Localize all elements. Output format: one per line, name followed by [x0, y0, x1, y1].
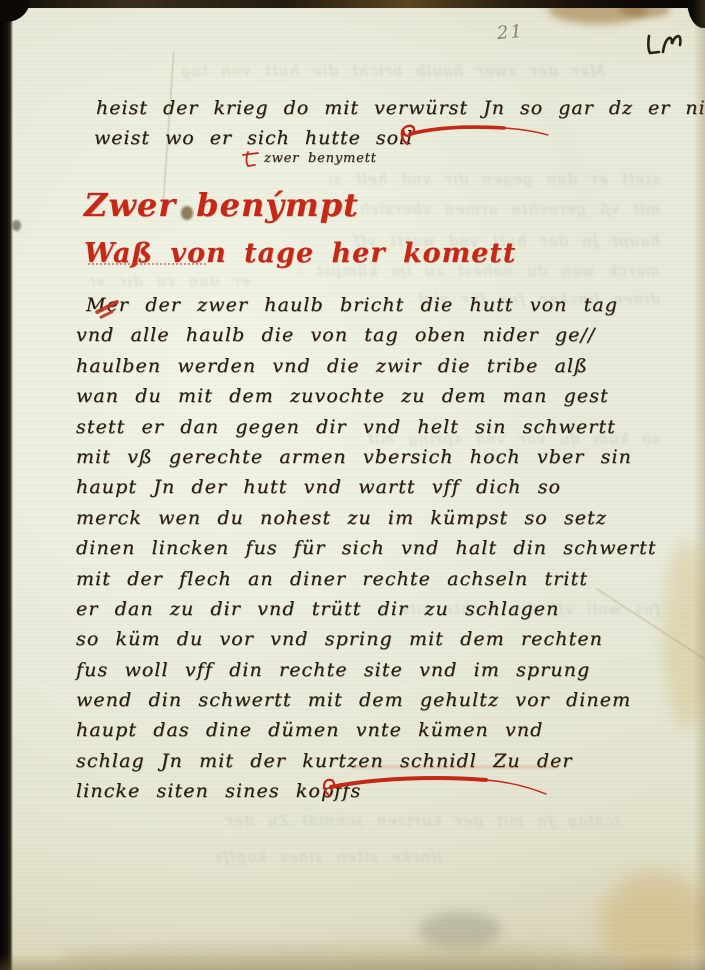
text-line: haulben werden vnd die zwir die tribe al…: [76, 351, 666, 381]
show-through-text: lincke siten sines kopffs: [182, 848, 442, 866]
text-line: wend din schwertt mit dem gehultz vor di…: [76, 685, 666, 715]
text-line: dinen lincken fus für sich vnd halt din …: [76, 533, 666, 563]
red-flourish-icon: [392, 118, 552, 156]
folio-ink-mark: [642, 30, 684, 64]
manuscript-scan: Mer der zwer haulb bricht die hutt von t…: [0, 0, 705, 970]
text-line: stett er dan gegen dir vnd helt sin schw…: [76, 412, 666, 442]
text-line: Mer der zwer haulb bricht die hutt von t…: [76, 290, 666, 320]
intro-line-2: weist wo er sich hutte soll: [94, 127, 413, 149]
show-through-text: Mer der zwer haulb bricht die hutt von t…: [145, 62, 605, 80]
text-line: wan du mit dem zuvochte zu dem man gest: [76, 381, 666, 411]
text-line: merck wen du nohest zu im kümpst so setz: [76, 503, 666, 533]
guide-note: zwer benymett: [264, 151, 377, 166]
show-through-text: schlag Jn mit der kurtzen schnidl Zu der: [182, 812, 622, 830]
folio-number-pencil: 21: [496, 21, 525, 44]
body-text: Mer der zwer haulb bricht die hutt von t…: [76, 290, 666, 807]
red-smear: [352, 766, 557, 768]
intro-line-1: heist der krieg do mit verwürst Jn so ga…: [96, 97, 705, 119]
page-edge-bottom: [0, 954, 705, 970]
heading-zwer-benympt: Zwer benýmpt: [84, 186, 359, 224]
page-edge-left: [0, 0, 13, 970]
page-edge-top: [0, 0, 705, 8]
text-line: vnd alle haulb die von tag oben nider ge…: [76, 320, 666, 350]
page-edge-right: [693, 0, 705, 970]
text-line: haupt das dine dümen vnte kümen vnd: [76, 715, 666, 745]
text-line: mit vß gerechte armen vbersich hoch vber…: [76, 442, 666, 472]
text-line: haupt Jn der hutt vnd wartt vff dich so: [76, 472, 666, 502]
text-line: mit der flech an diner rechte achseln tr…: [76, 564, 666, 594]
text-line: so küm du vor vnd spring mit dem rechten: [76, 624, 666, 654]
end-flourish-icon: [306, 770, 556, 810]
show-through-text: stett er dan gegen dir vnd helt sin schw…: [330, 170, 660, 188]
red-dotted-line: [88, 263, 206, 265]
text-line: er dan zu dir vnd trütt dir zu schlagen: [76, 594, 666, 624]
rubric-guide-mark-icon: [240, 148, 262, 174]
show-through-text: er dan zu dir vnd trütt dir zu schlagen: [90, 272, 250, 290]
text-line: fus woll vff din rechte site vnd im spru…: [76, 655, 666, 685]
